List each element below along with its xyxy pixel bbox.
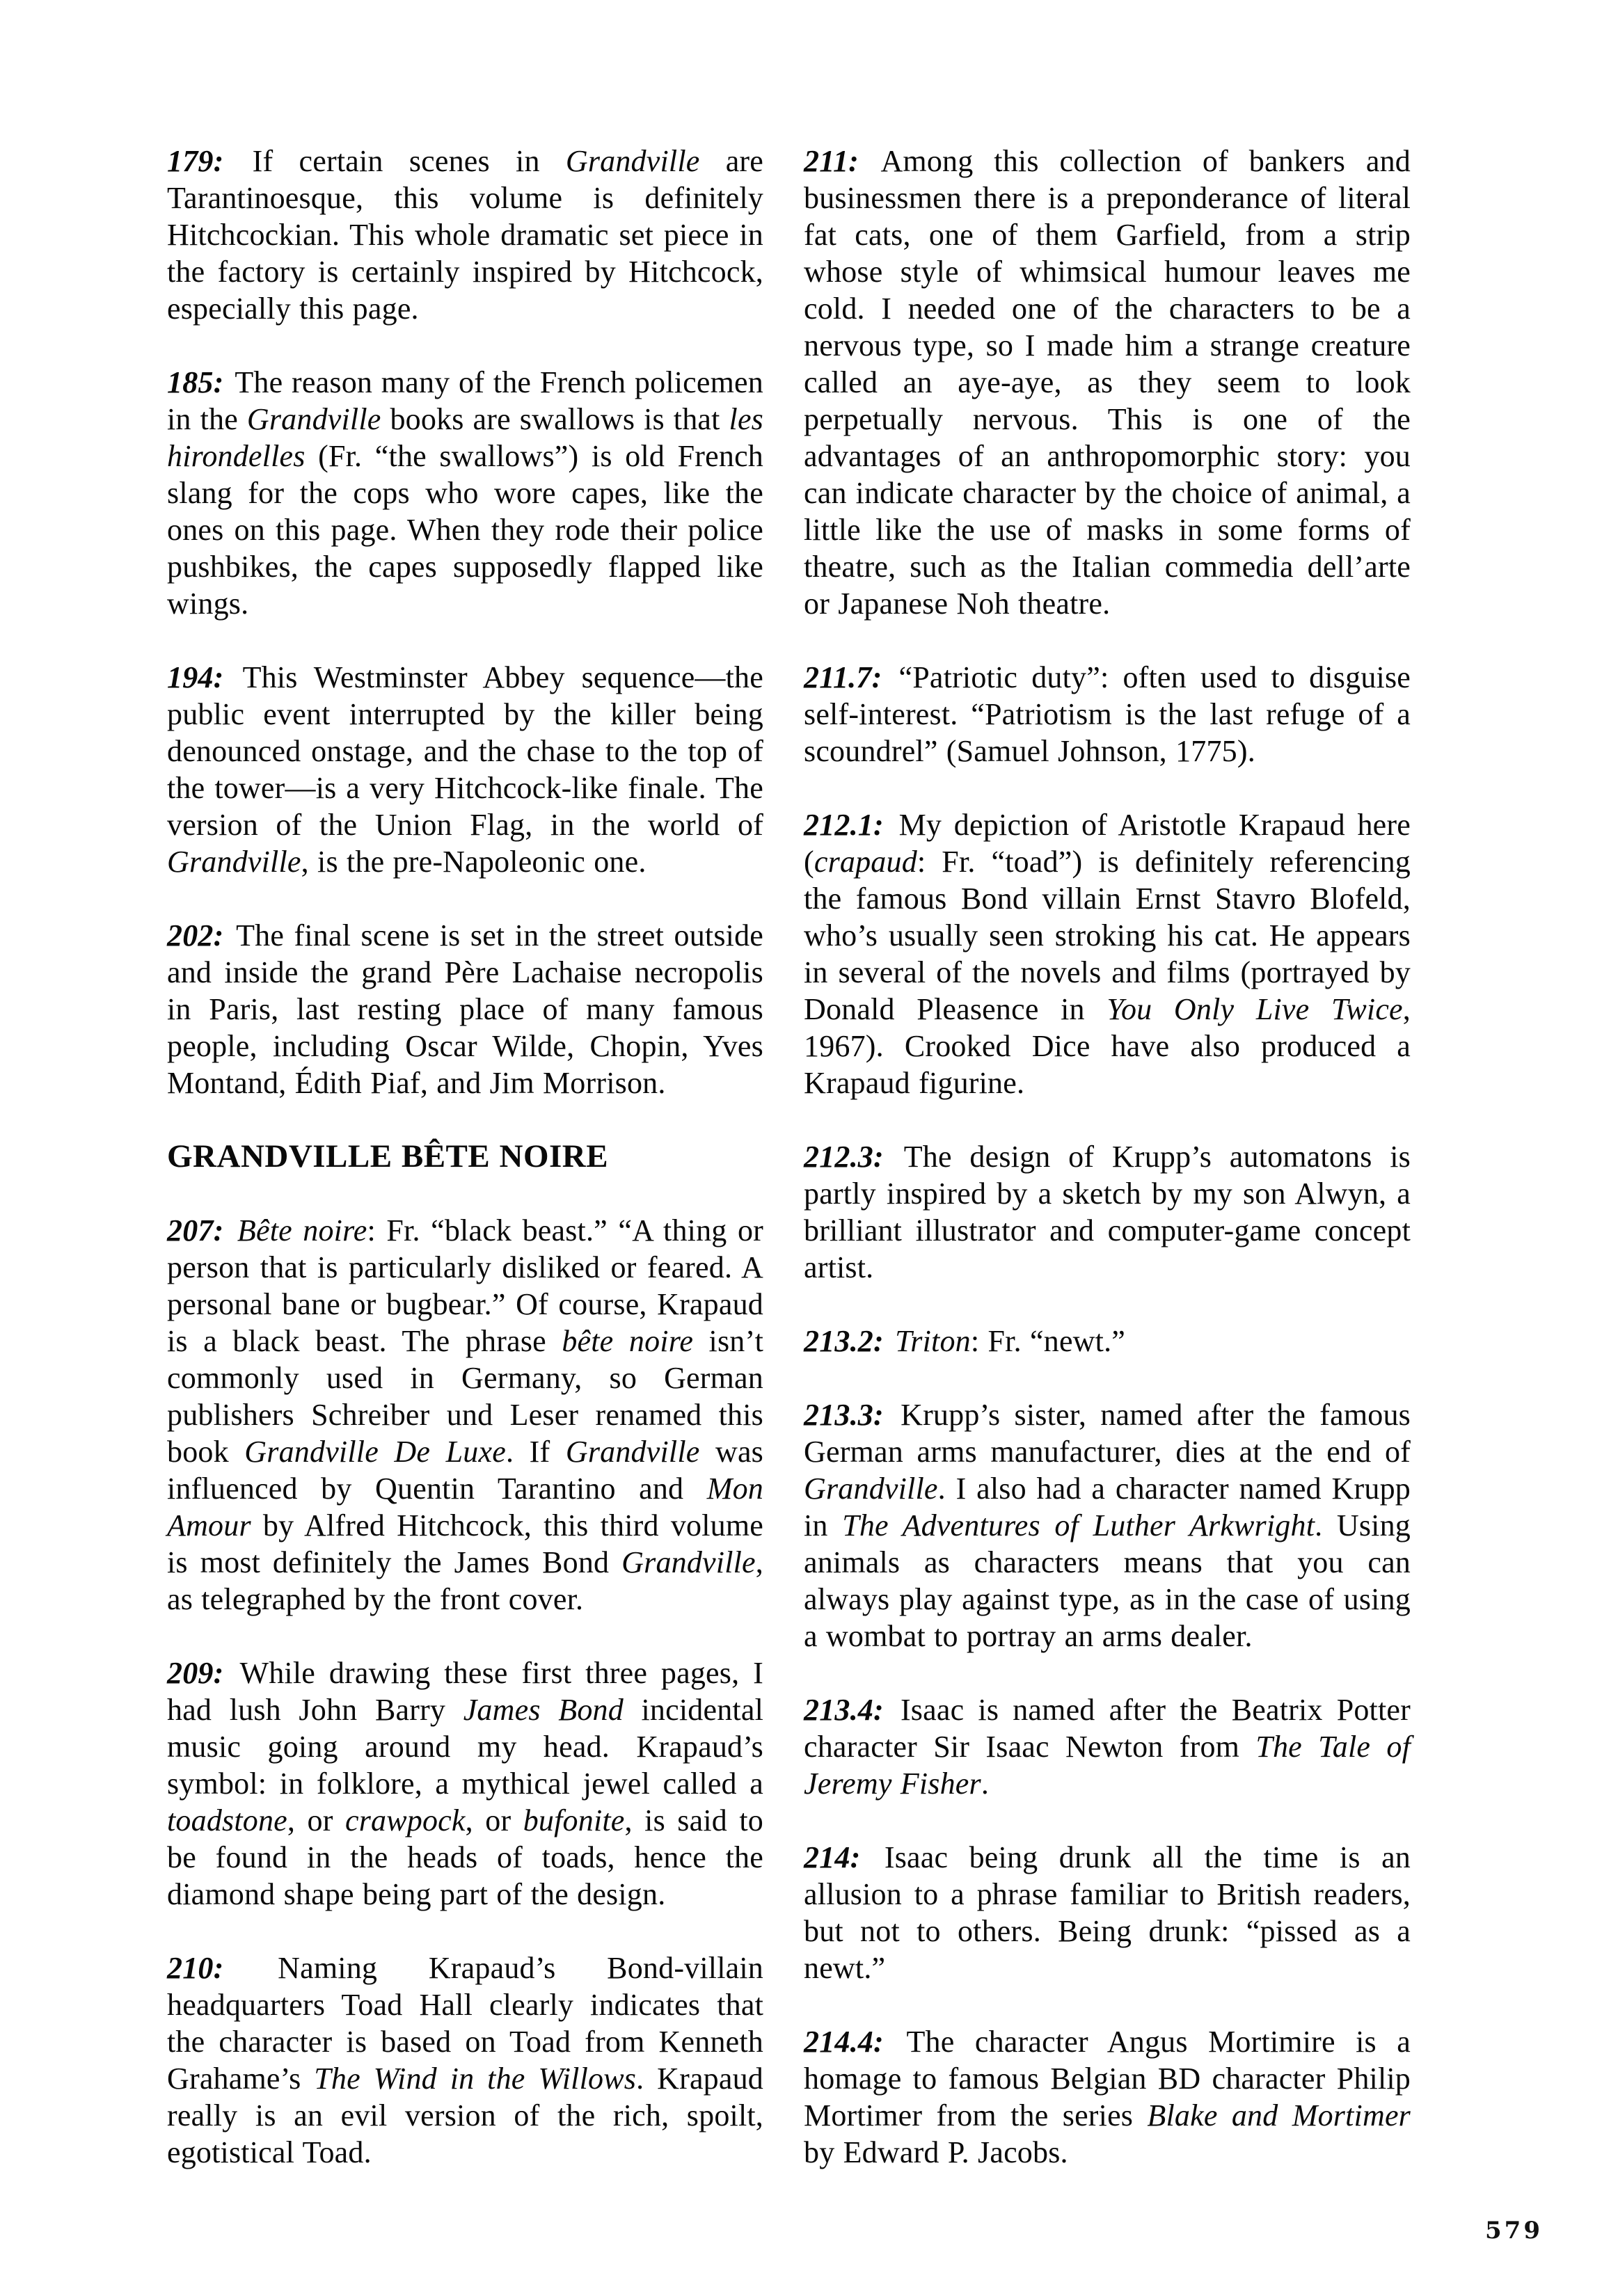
note-paragraph: 209: While drawing these first three pag… xyxy=(167,1655,763,1913)
right-text-column: 211: Among this collection of bankers an… xyxy=(804,143,1411,2208)
italic-text-segment: Grandville xyxy=(804,1472,938,1506)
italic-text-segment: The Wind in the Willows xyxy=(314,2062,636,2096)
italic-text-segment: Grandville xyxy=(566,1435,700,1469)
note-number: 179: xyxy=(167,144,226,178)
note-number: 210: xyxy=(167,1951,226,1985)
note-paragraph: 212.1: My depiction of Aristotle Krapaud… xyxy=(804,806,1411,1101)
note-number: 213.4: xyxy=(804,1693,887,1727)
note-paragraph: 202: The final scene is set in the stree… xyxy=(167,917,763,1101)
note-paragraph: 213.3: Krupp’s sister, named after the f… xyxy=(804,1396,1411,1655)
note-paragraph: 214: Isaac being drunk all the time is a… xyxy=(804,1839,1411,1986)
text-segment: Among this collection of bankers and bus… xyxy=(804,144,1411,621)
note-paragraph: 179: If certain scenes in Grandville are… xyxy=(167,143,763,327)
note-number: 214.4: xyxy=(804,2025,887,2059)
italic-text-segment: Grandville xyxy=(247,402,381,436)
book-page: 179: If certain scenes in Grandville are… xyxy=(0,0,1618,2296)
text-segment: If certain scenes in xyxy=(226,144,565,178)
text-segment: , or xyxy=(466,1803,523,1837)
italic-text-segment: Grandville xyxy=(167,845,301,879)
text-segment: by Edward P. Jacobs. xyxy=(804,2135,1068,2169)
italic-text-segment: crawpock xyxy=(345,1803,466,1837)
note-paragraph: 213.4: Isaac is named after the Beatrix … xyxy=(804,1691,1411,1802)
left-text-column: 179: If certain scenes in Grandville are… xyxy=(167,143,763,2208)
note-number: 213.3: xyxy=(804,1398,887,1432)
italic-text-segment: Blake and Mortimer xyxy=(1147,2098,1411,2132)
note-number: 212.1: xyxy=(804,808,887,842)
note-paragraph: 211: Among this collection of bankers an… xyxy=(804,143,1411,622)
note-number: 194: xyxy=(167,660,226,694)
italic-text-segment: Grandville xyxy=(621,1545,756,1579)
italic-text-segment: Triton xyxy=(895,1324,971,1358)
text-segment: Krupp’s sister, named after the famous G… xyxy=(804,1398,1411,1469)
text-segment xyxy=(226,1213,237,1247)
text-segment: This Westminster Abbey sequence—the publ… xyxy=(167,660,763,842)
note-number: 209: xyxy=(167,1656,226,1690)
text-segment: books are swallows is that xyxy=(381,402,729,436)
italic-text-segment: toadstone xyxy=(167,1803,287,1837)
italic-text-segment: bufonite xyxy=(523,1803,625,1837)
note-paragraph: 185: The reason many of the French polic… xyxy=(167,364,763,622)
note-paragraph: 210: Naming Krapaud’s Bond-villain headq… xyxy=(167,1950,763,2171)
text-segment: “Patriotic duty”: often used to disguise… xyxy=(804,660,1411,768)
italic-text-segment: James Bond xyxy=(463,1693,624,1727)
note-number: 211.7: xyxy=(804,660,885,694)
text-segment: , or xyxy=(287,1803,345,1837)
italic-text-segment: crapaud xyxy=(814,845,917,879)
text-segment: . If xyxy=(506,1435,566,1469)
note-paragraph: 212.3: The design of Krupp’s automatons … xyxy=(804,1138,1411,1286)
text-segment: , is the pre-Napoleonic one. xyxy=(301,845,647,879)
italic-text-segment: You Only Live Twice xyxy=(1107,992,1402,1026)
note-number: 185: xyxy=(167,365,226,399)
note-number: 213.2: xyxy=(804,1324,887,1358)
text-segment: Isaac being drunk all the time is an all… xyxy=(804,1840,1411,1985)
note-paragraph: 213.2: Triton: Fr. “newt.” xyxy=(804,1323,1411,1360)
note-number: 202: xyxy=(167,918,226,952)
note-paragraph: 194: This Westminster Abbey sequence—the… xyxy=(167,659,763,880)
italic-text-segment: bête noire xyxy=(562,1324,693,1358)
note-number: 207: xyxy=(167,1213,226,1247)
text-segment: . xyxy=(981,1767,989,1801)
text-segment: The design of Krupp’s automatons is part… xyxy=(804,1140,1411,1284)
italic-text-segment: Grandville xyxy=(566,144,700,178)
italic-text-segment: The Adventures of Luther Arkwright xyxy=(842,1508,1315,1542)
note-number: 214: xyxy=(804,1840,863,1874)
note-number: 211: xyxy=(804,144,862,178)
text-segment: : Fr. “newt.” xyxy=(971,1324,1125,1358)
text-segment: The final scene is set in the street out… xyxy=(167,918,763,1100)
italic-text-segment: Bête noire xyxy=(237,1213,367,1247)
page-number: 579 xyxy=(1485,2217,1543,2245)
italic-text-segment: Grandville De Luxe xyxy=(244,1435,506,1469)
text-segment xyxy=(887,1324,895,1358)
note-paragraph: 214.4: The character Angus Mortimire is … xyxy=(804,2023,1411,2171)
note-number: 212.3: xyxy=(804,1140,887,1174)
section-heading: GRANDVILLE BÊTE NOIRE xyxy=(167,1138,763,1175)
note-paragraph: 207: Bête noire: Fr. “black beast.” “A t… xyxy=(167,1212,763,1618)
note-paragraph: 211.7: “Patriotic duty”: often used to d… xyxy=(804,659,1411,770)
